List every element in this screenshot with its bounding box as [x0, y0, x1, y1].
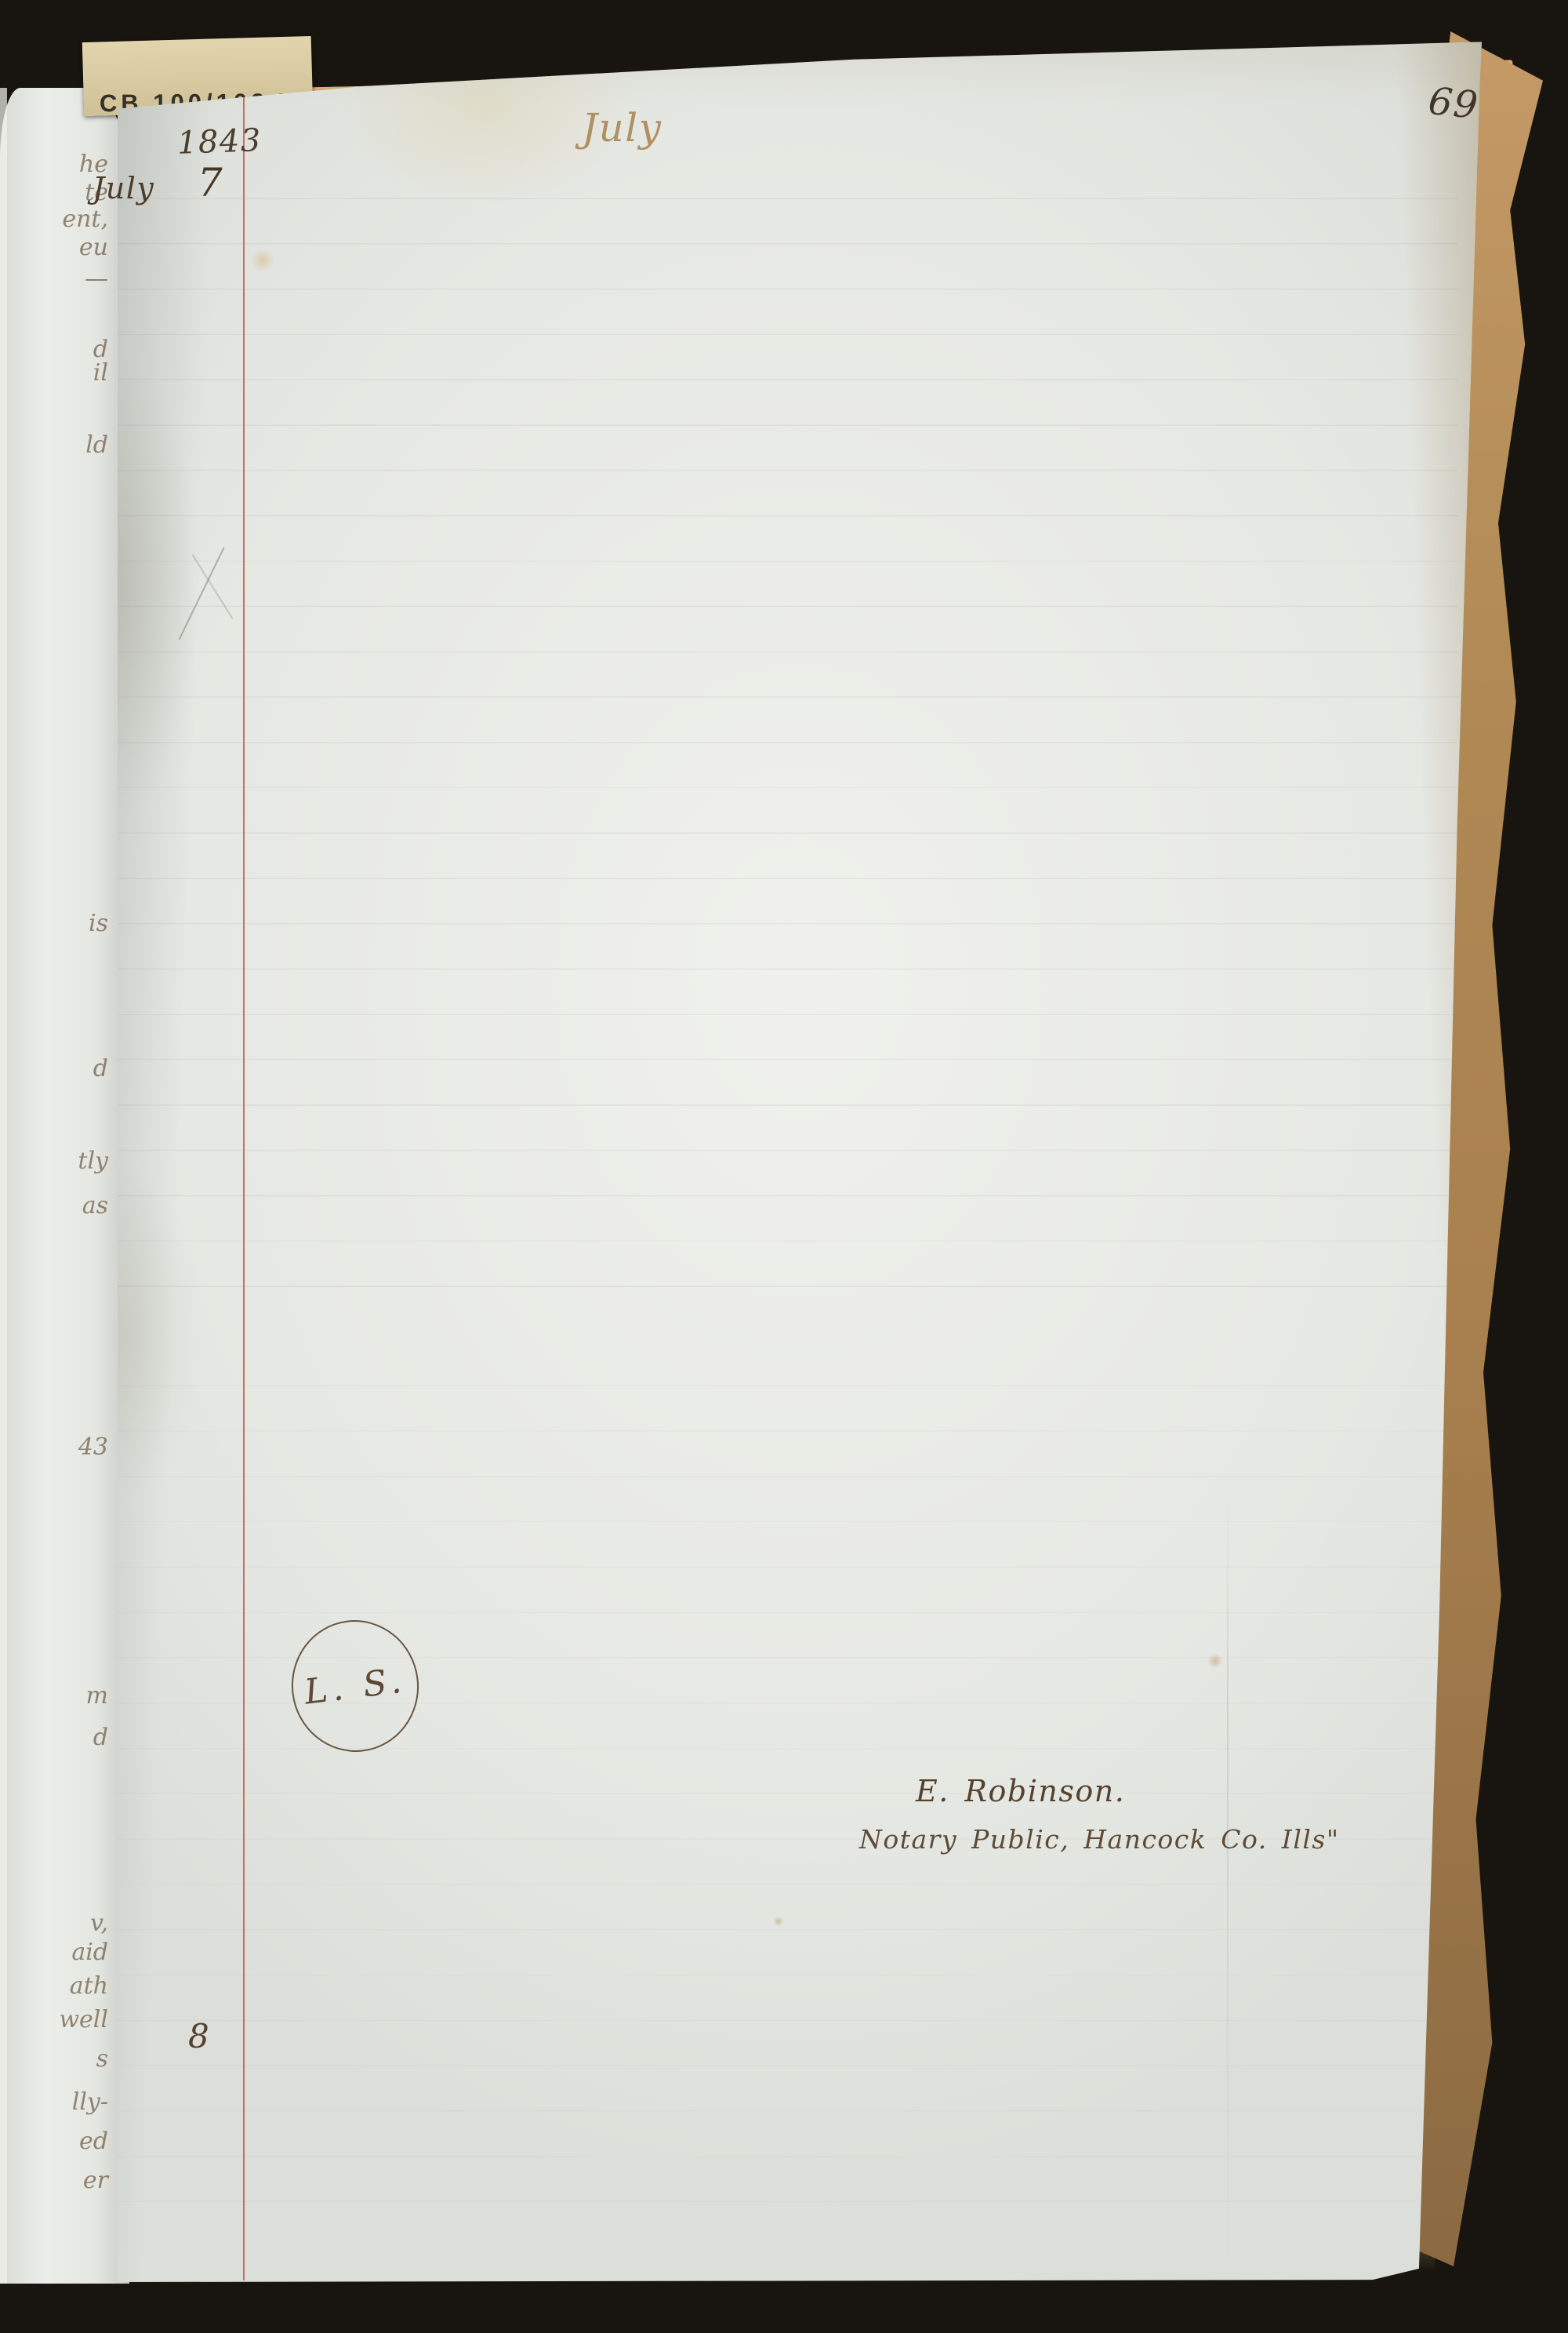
notary-signature: E. Robinson. — [916, 1774, 1125, 1808]
manuscript-page-scan: CB 100/102 V 12 69 1843 July July 7 8 of… — [0, 0, 1568, 2333]
margin-date-month: July — [93, 171, 154, 205]
page-edge-sliver — [0, 88, 7, 2284]
text-fragment: d — [93, 1724, 108, 1751]
text-fragment: ent, — [62, 205, 108, 233]
text-fragment: s — [96, 2045, 108, 2073]
page-number: 69 — [1426, 79, 1481, 128]
text-fragment: v, — [90, 1910, 108, 1937]
text-fragment: er — [83, 2167, 108, 2194]
ruled-lines-lower — [118, 1341, 1450, 2243]
text-fragment: ath — [70, 1972, 108, 2000]
text-fragment: d — [93, 1055, 108, 1082]
text-fragment: — — [85, 265, 108, 293]
text-fragment: il — [93, 359, 108, 387]
margin-date-day-8: 8 — [188, 2017, 210, 2055]
previous-page-edge — [0, 88, 129, 2284]
seal-initials: L. S. — [302, 1660, 408, 1712]
text-fragment: m — [86, 1682, 108, 1710]
text-fragment: tly — [78, 1147, 108, 1175]
notary-title: Notary Public, Hancock Co. Ills" — [859, 1824, 1340, 1855]
paper-crease — [1227, 1490, 1229, 2282]
manuscript-paper — [118, 39, 1482, 2282]
text-fragment: ed — [79, 2128, 108, 2155]
text-fragment: well — [59, 2006, 108, 2033]
text-fragment: as — [82, 1192, 108, 1219]
text-fragment: aid — [71, 1939, 108, 1966]
margin-date-day-7: 7 — [198, 160, 223, 205]
month-heading: July — [582, 105, 662, 151]
text-fragment: eu — [79, 234, 108, 261]
text-fragment: lly- — [72, 2088, 108, 2116]
text-fragment: is — [89, 910, 108, 937]
text-fragment: ld — [85, 431, 108, 459]
year-heading: 1843 — [176, 122, 262, 162]
margin-rule-line — [243, 93, 245, 2280]
ruled-lines-upper — [118, 154, 1458, 1330]
text-fragment: 43 — [78, 1434, 108, 1461]
